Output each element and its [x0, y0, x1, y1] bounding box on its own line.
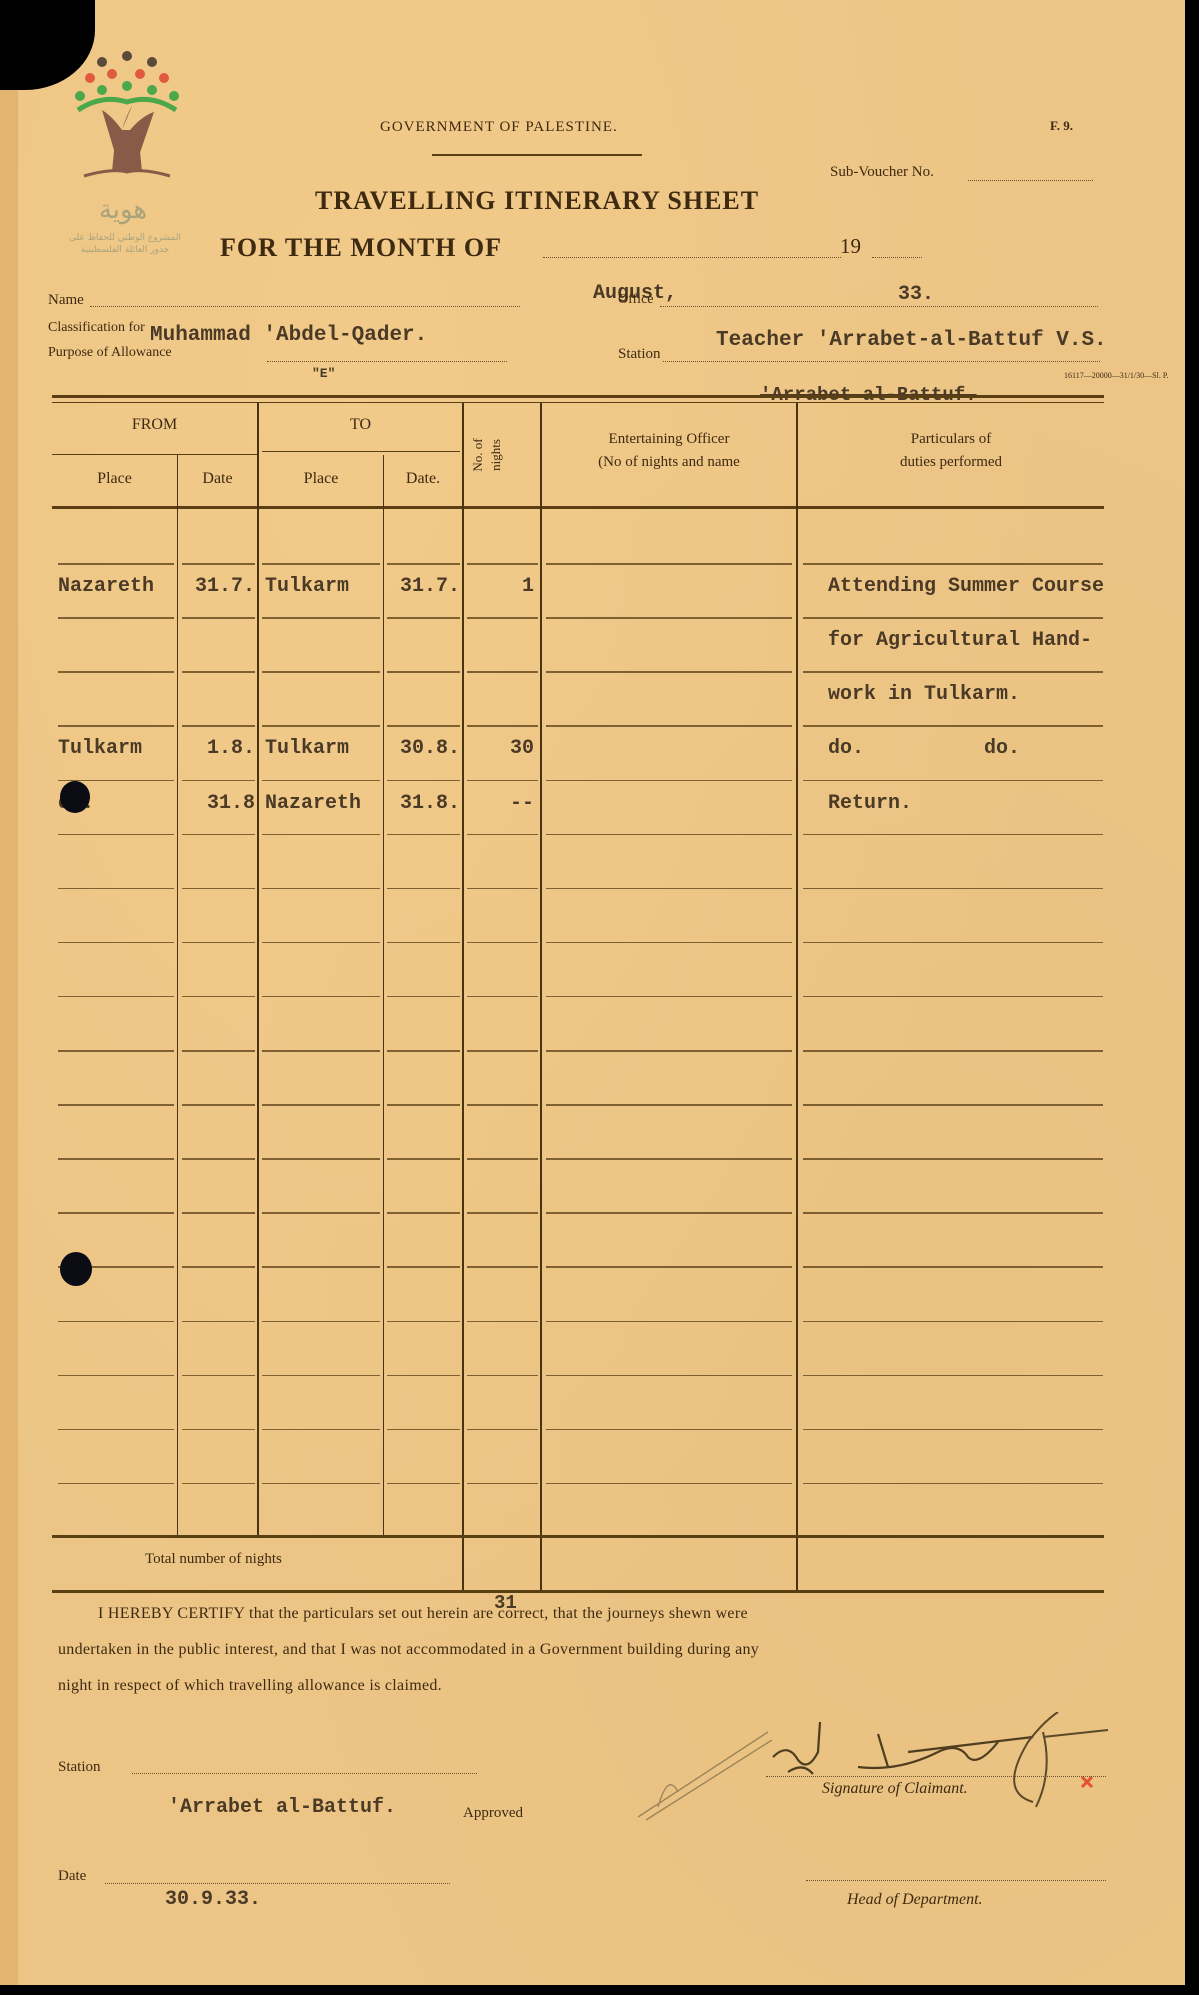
office-label: Office — [618, 292, 654, 308]
approved-label: Approved — [463, 1805, 523, 1822]
purpose-value[interactable]: "E" — [312, 366, 335, 381]
year-value[interactable]: 33. — [898, 283, 934, 306]
footer-date-line — [105, 1883, 450, 1884]
header-particulars: Particulars of duties performed — [798, 428, 1104, 474]
watermark-tagline: المشروع الوطني للحفاظ على جذور العائلة ا… — [60, 232, 190, 256]
purpose-field-line — [267, 361, 507, 362]
name-label: Name — [48, 292, 84, 309]
row-rule — [546, 1429, 792, 1431]
row-rule — [58, 996, 174, 998]
header-particulars-line-2: duties performed — [798, 451, 1104, 474]
row-rule — [803, 942, 1103, 944]
table-top-rule-thin — [52, 402, 1104, 403]
head-of-department-label: Head of Department. — [847, 1891, 983, 1909]
row-rule — [58, 888, 174, 890]
row-rule — [803, 1158, 1103, 1160]
row-rule — [262, 780, 380, 782]
row-rule — [262, 1483, 380, 1485]
col-divider-officer — [540, 403, 542, 1593]
certification-text: I HEREBY CERTIFY that the particulars se… — [58, 1596, 1108, 1704]
total-top-rule — [52, 1535, 1104, 1538]
row-rule — [546, 725, 792, 727]
header-officer-line-2: (No of nights and name — [542, 451, 796, 474]
document-sheet: هوية المشروع الوطني للحفاظ على جذور العا… — [0, 0, 1185, 1985]
row-rule — [262, 1429, 380, 1431]
row-rule — [546, 996, 792, 998]
cell-from-date[interactable]: 1.8. — [178, 737, 257, 760]
footer-station-line — [132, 1773, 477, 1774]
cell-to-place[interactable]: Nazareth — [259, 792, 383, 815]
document-title: TRAVELLING ITINERARY SHEET — [315, 186, 759, 216]
certification-line-2: undertaken in the public interest, and t… — [58, 1632, 1108, 1668]
row-rule — [262, 1212, 380, 1214]
col-divider-from-date — [177, 455, 178, 1535]
col-divider-to-date — [383, 455, 384, 1535]
classification-label: Classification for — [48, 320, 145, 336]
col-divider-to — [257, 403, 259, 1535]
row-rule — [387, 671, 460, 673]
header-from-place: Place — [52, 470, 177, 488]
row-rule — [803, 671, 1103, 673]
handwritten-initial-icon — [1014, 1712, 1058, 1807]
sub-voucher-field[interactable] — [968, 180, 1093, 181]
certify-line-1-rest: that the particulars set out herein are … — [245, 1605, 748, 1622]
row-rule — [262, 563, 380, 565]
row-rule — [58, 1050, 174, 1052]
row-rule — [182, 888, 255, 890]
row-rule — [262, 996, 380, 998]
row-rule — [387, 563, 460, 565]
row-rule — [467, 888, 538, 890]
row-rule — [467, 834, 538, 836]
certification-line-1: I HEREBY CERTIFY that the particulars se… — [58, 1596, 1108, 1632]
row-rule — [182, 1158, 255, 1160]
cell-from-date[interactable]: 31.8 — [178, 792, 257, 815]
row-rule — [803, 780, 1103, 782]
row-rule — [803, 834, 1103, 836]
cell-nights[interactable]: 1 — [464, 575, 540, 598]
row-rule — [387, 1212, 460, 1214]
row-rule — [182, 996, 255, 998]
row-rule — [467, 1375, 538, 1377]
row-rule — [546, 780, 792, 782]
row-rule — [387, 996, 460, 998]
row-rule — [467, 1321, 538, 1323]
office-field-line — [660, 306, 1098, 307]
footer-date-label: Date — [58, 1868, 86, 1885]
row-rule — [467, 996, 538, 998]
row-rule — [262, 617, 380, 619]
row-rule — [262, 1375, 380, 1377]
name-field-line — [90, 306, 520, 307]
row-rule — [387, 1104, 460, 1106]
row-rule — [182, 617, 255, 619]
row-rule — [803, 888, 1103, 890]
row-rule — [803, 996, 1103, 998]
row-rule — [387, 1483, 460, 1485]
punch-hole-top — [60, 781, 90, 813]
row-rule — [58, 563, 174, 565]
certification-line-3: night in respect of which travelling all… — [58, 1668, 1108, 1704]
row-rule — [58, 1483, 174, 1485]
row-rule — [467, 1050, 538, 1052]
handwritten-signature-icon — [638, 1712, 1108, 1822]
station-field-line — [663, 361, 1100, 362]
row-rule — [387, 1429, 460, 1431]
signature-label: Signature of Claimant. — [822, 1780, 968, 1798]
row-rule — [803, 725, 1103, 727]
row-rule — [58, 1375, 174, 1377]
row-rule — [262, 1266, 380, 1268]
row-rule — [182, 834, 255, 836]
footer-station-value[interactable]: 'Arrabet al-Battuf. — [168, 1796, 396, 1819]
row-rule — [467, 563, 538, 565]
row-rule — [546, 617, 792, 619]
row-rule — [58, 1212, 174, 1214]
punch-hole-bottom — [60, 1252, 92, 1286]
header-to-date: Date. — [384, 470, 462, 488]
row-rule — [546, 1321, 792, 1323]
row-rule — [182, 780, 255, 782]
row-rule — [58, 1429, 174, 1431]
header-nights-line-1: No. of — [469, 410, 487, 500]
row-rule — [467, 725, 538, 727]
row-rule — [803, 1321, 1103, 1323]
row-rule — [262, 1050, 380, 1052]
paper-edge — [0, 0, 18, 1985]
cell-to-place[interactable]: Tulkarm — [259, 737, 383, 760]
head-of-department-line — [806, 1880, 1106, 1881]
row-rule — [262, 888, 380, 890]
row-rule — [262, 725, 380, 727]
row-rule — [182, 1429, 255, 1431]
row-rule — [546, 1050, 792, 1052]
month-label: FOR THE MONTH OF — [220, 233, 502, 263]
row-rule — [546, 942, 792, 944]
row-rule — [58, 1321, 174, 1323]
header-nights-line-2: nights — [487, 410, 505, 500]
cell-from-place[interactable]: Tulkarm — [52, 737, 177, 760]
cell-from-place[interactable]: Nazareth — [52, 575, 177, 598]
certify-heading: I HEREBY CERTIFY — [98, 1605, 245, 1622]
name-value[interactable]: Muhammad 'Abdel-Qader. — [150, 324, 427, 347]
row-rule — [387, 1158, 460, 1160]
cell-to-place[interactable]: Tulkarm — [259, 575, 383, 598]
row-rule — [546, 1158, 792, 1160]
header-from: FROM — [52, 416, 257, 434]
row-rule — [546, 1104, 792, 1106]
row-rule — [387, 888, 460, 890]
row-rule — [803, 563, 1103, 565]
row-rule — [467, 1212, 538, 1214]
row-rule — [262, 1321, 380, 1323]
print-reference: 16117—20000—31/1/30—Sl. P. — [1064, 371, 1168, 380]
row-rule — [262, 942, 380, 944]
row-rule — [546, 834, 792, 836]
row-rule — [262, 671, 380, 673]
cell-nights[interactable]: 30 — [464, 737, 540, 760]
row-rule — [803, 1050, 1103, 1052]
row-rule — [387, 780, 460, 782]
row-rule — [467, 1158, 538, 1160]
row-rule — [182, 1104, 255, 1106]
header-nights: No. of nights — [469, 410, 505, 500]
row-rule — [182, 1266, 255, 1268]
row-rule — [58, 617, 174, 619]
row-rule — [467, 671, 538, 673]
row-rule — [546, 1375, 792, 1377]
header-to: TO — [259, 416, 462, 434]
row-rule — [58, 834, 174, 836]
row-rule — [182, 563, 255, 565]
row-rule — [546, 888, 792, 890]
header-to-place: Place — [259, 470, 383, 488]
row-rule — [803, 1429, 1103, 1431]
header-officer-line-1: Entertaining Officer — [542, 428, 796, 451]
row-rule — [467, 1104, 538, 1106]
cell-nights[interactable]: -- — [464, 792, 540, 815]
purpose-label: Purpose of Allowance — [48, 345, 172, 361]
row-rule — [58, 1158, 174, 1160]
tagline-line-1: المشروع الوطني للحفاظ على — [60, 232, 190, 244]
row-rule — [182, 1483, 255, 1485]
cell-particulars[interactable]: do. do. — [798, 737, 1178, 760]
table-header-rule — [52, 506, 1104, 509]
row-rule — [546, 1483, 792, 1485]
cell-particulars[interactable]: Return. — [798, 792, 1178, 815]
row-rule — [182, 942, 255, 944]
row-rule — [803, 1375, 1103, 1377]
row-rule — [182, 1321, 255, 1323]
year-field-line — [872, 257, 922, 258]
row-rule — [58, 671, 174, 673]
footer-station-label: Station — [58, 1759, 101, 1776]
form-code: F. 9. — [1050, 118, 1073, 134]
row-rule — [182, 1212, 255, 1214]
row-rule — [803, 1483, 1103, 1485]
tagline-line-2: جذور العائلة الفلسطينية — [60, 244, 190, 256]
footer-date-value[interactable]: 30.9.33. — [165, 1888, 261, 1911]
total-label: Total number of nights — [145, 1551, 282, 1568]
cell-particulars[interactable]: Attending Summer Course — [798, 575, 1178, 598]
row-rule — [546, 1266, 792, 1268]
total-bottom-rule — [52, 1590, 1104, 1593]
row-rule — [387, 1321, 460, 1323]
row-rule — [58, 942, 174, 944]
header-particulars-line-1: Particulars of — [798, 428, 1104, 451]
row-rule — [467, 1266, 538, 1268]
government-heading: GOVERNMENT OF PALESTINE. — [380, 119, 618, 136]
row-rule — [58, 1104, 174, 1106]
cell-particulars[interactable]: for Agricultural Hand- — [798, 629, 1178, 652]
row-rule — [262, 834, 380, 836]
row-rule — [387, 1266, 460, 1268]
row-rule — [803, 1212, 1103, 1214]
month-field-line — [543, 257, 841, 258]
row-rule — [803, 617, 1103, 619]
red-cross-mark-icon — [1082, 1777, 1092, 1787]
signature-line — [766, 1776, 1106, 1777]
station-label: Station — [618, 346, 661, 363]
table-top-rule — [52, 395, 1104, 398]
row-rule — [387, 1375, 460, 1377]
cell-to-date[interactable]: 31.8. — [384, 792, 462, 815]
to-subheader-rule — [262, 451, 460, 452]
row-rule — [546, 1212, 792, 1214]
row-rule — [803, 1104, 1103, 1106]
row-rule — [803, 1266, 1103, 1268]
row-rule — [182, 1050, 255, 1052]
header-from-date: Date — [178, 470, 257, 488]
header-officer: Entertaining Officer (No of nights and n… — [542, 428, 796, 474]
row-rule — [387, 617, 460, 619]
family-tree-logo-icon — [72, 50, 182, 190]
row-rule — [182, 671, 255, 673]
row-rule — [262, 1104, 380, 1106]
from-subheader-rule — [52, 454, 257, 455]
sub-voucher-label: Sub-Voucher No. — [830, 164, 934, 181]
row-rule — [58, 725, 174, 727]
row-rule — [387, 725, 460, 727]
header-rule — [432, 154, 642, 156]
cell-to-date[interactable]: 31.7. — [384, 575, 462, 598]
watermark-word: هوية — [88, 195, 158, 225]
row-rule — [546, 563, 792, 565]
cell-particulars[interactable]: work in Tulkarm. — [798, 683, 1178, 706]
row-rule — [467, 942, 538, 944]
row-rule — [387, 1050, 460, 1052]
cell-from-date[interactable]: 31.7. — [178, 575, 257, 598]
station-value[interactable]: Teacher 'Arrabet-al-Battuf V.S. — [716, 329, 1107, 352]
row-rule — [182, 725, 255, 727]
row-rule — [546, 671, 792, 673]
row-rule — [467, 1483, 538, 1485]
row-rule — [467, 780, 538, 782]
row-rule — [262, 1158, 380, 1160]
cell-to-date[interactable]: 30.8. — [384, 737, 462, 760]
year-prefix: 19 — [840, 234, 861, 259]
row-rule — [182, 1375, 255, 1377]
row-rule — [387, 834, 460, 836]
row-rule — [467, 617, 538, 619]
row-rule — [387, 942, 460, 944]
row-rule — [467, 1429, 538, 1431]
